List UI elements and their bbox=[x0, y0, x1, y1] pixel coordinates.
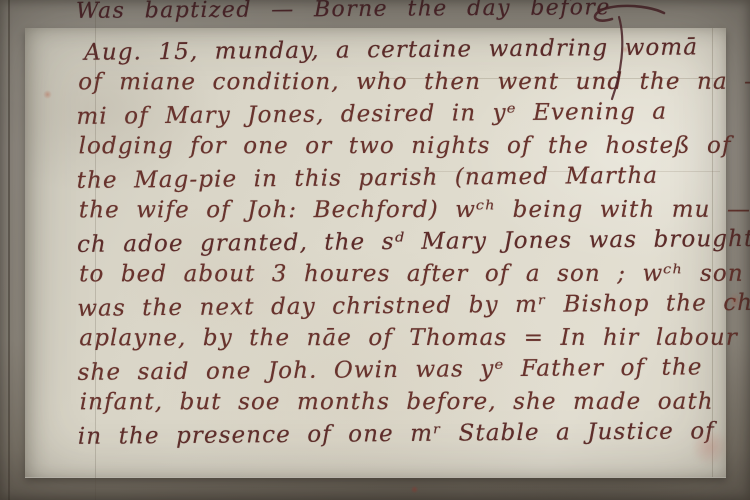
pen-flourish-icon bbox=[588, 2, 668, 104]
manuscript-line: the wife of Joh: Bechford) wᶜʰ being wit… bbox=[79, 194, 724, 227]
header-line: Was baptized — Borne the day before bbox=[76, 0, 611, 25]
manuscript-line: to bed about 3 houres after of a son ; w… bbox=[79, 258, 724, 291]
manuscript-line: she said one Joh. Owin was yᵉ Father of … bbox=[77, 351, 722, 389]
manuscript-line: lodging for one or two nights of the hos… bbox=[79, 130, 724, 163]
manuscript-line: aplayne, by the nāe of Thomas = In hir l… bbox=[79, 322, 724, 355]
paper-crease bbox=[95, 0, 96, 500]
manuscript-photo: Was baptized — Borne the day before Aug.… bbox=[0, 0, 750, 500]
ink-stain bbox=[410, 486, 419, 493]
manuscript-line: the Mag-pie in this parish (named Martha bbox=[77, 159, 722, 197]
manuscript-line: infant, but soe months before, she made … bbox=[80, 386, 725, 419]
ink-stain bbox=[43, 90, 52, 99]
header-text: Was baptized — Borne the day before bbox=[76, 0, 611, 24]
manuscript-line: in the presence of one mʳ Stable a Justi… bbox=[78, 415, 723, 453]
manuscript-line: ch adoe granted, the sᵈ Mary Jones was b… bbox=[77, 223, 722, 261]
ruled-margin-line bbox=[8, 0, 10, 500]
manuscript-line: was the next day christned by mʳ Bishop … bbox=[77, 287, 722, 325]
